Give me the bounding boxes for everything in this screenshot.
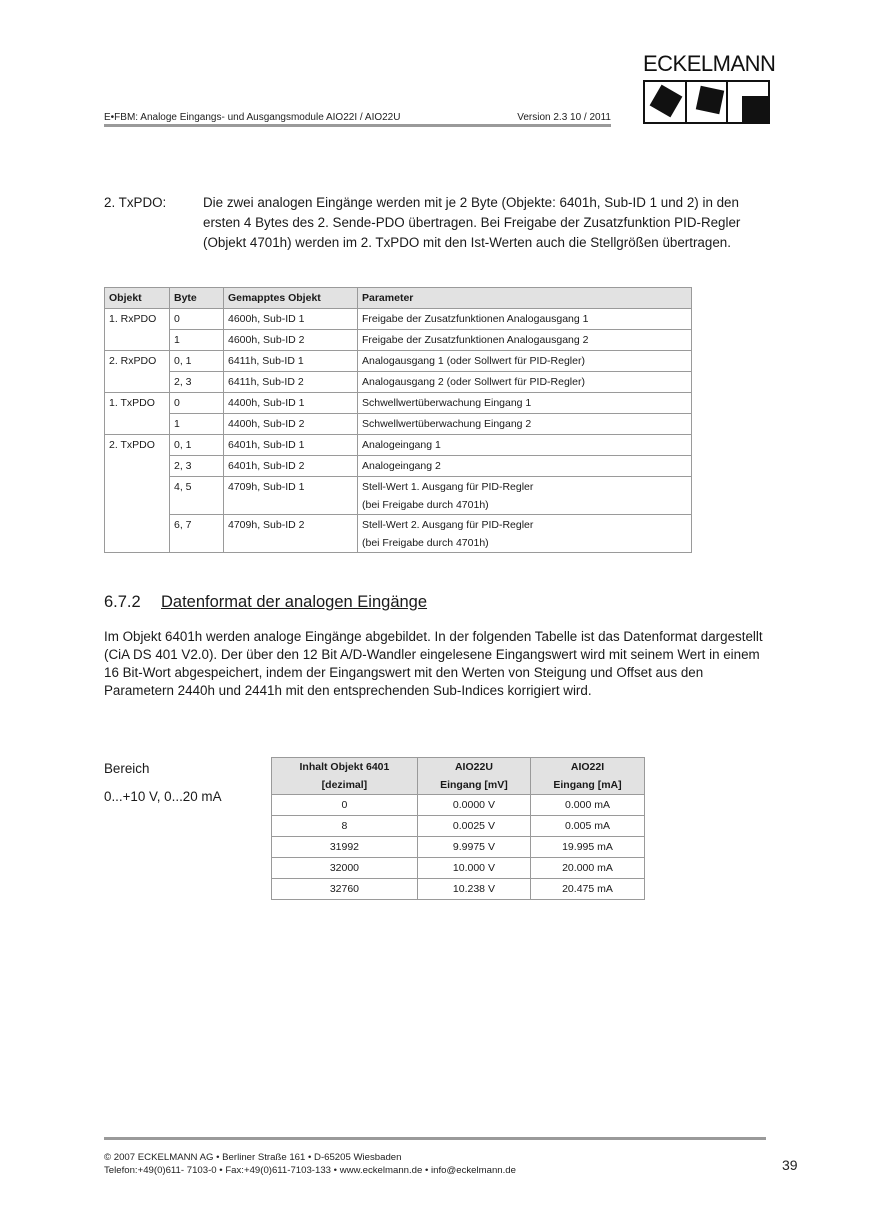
cell-mapped: 4600h, Sub-ID 2	[224, 330, 358, 351]
table-row: 1. TxPDO 0 4400h, Sub-ID 1 Schwellwertüb…	[105, 393, 692, 414]
header-title: E•FBM: Analoge Eingangs- und Ausgangsmod…	[104, 112, 400, 123]
table-row: 6, 7 4709h, Sub-ID 2 Stell-Wert 2. Ausga…	[105, 515, 692, 553]
table-row: 1 4400h, Sub-ID 2 Schwellwertüberwachung…	[105, 414, 692, 435]
cell-byte: 0, 1	[170, 351, 224, 372]
cell-objekt	[105, 477, 170, 515]
range-label: Bereich	[104, 755, 222, 783]
table-row: 2. RxPDO 0, 1 6411h, Sub-ID 1 Analogausg…	[105, 351, 692, 372]
column-header: Inhalt Objekt 6401[dezimal]	[272, 758, 418, 795]
cell-byte: 6, 7	[170, 515, 224, 553]
param-line: Stell-Wert 1. Ausgang für PID-Regler	[362, 478, 687, 496]
param-line: (bei Freigabe durch 4701h)	[362, 496, 687, 514]
column-header: Objekt	[105, 288, 170, 309]
cell-byte: 0, 1	[170, 435, 224, 456]
cell-byte: 0	[170, 309, 224, 330]
cell-objekt: 1. RxPDO	[105, 309, 170, 330]
section-paragraph: Im Objekt 6401h werden analoge Eingänge …	[104, 628, 774, 700]
footer: © 2007 ECKELMANN AG • Berliner Straße 16…	[104, 1151, 516, 1177]
cell-objekt: 1. TxPDO	[105, 393, 170, 414]
cell-objekt	[105, 330, 170, 351]
cell-param: Freigabe der Zusatzfunktionen Analogausg…	[358, 330, 692, 351]
table-row: 2, 3 6411h, Sub-ID 2 Analogausgang 2 (od…	[105, 372, 692, 393]
cell-param: Schwellwertüberwachung Eingang 2	[358, 414, 692, 435]
table-row: 319929.9975 V19.995 mA	[272, 837, 645, 858]
cell-param: Analogeingang 2	[358, 456, 692, 477]
cell-mapped: 4709h, Sub-ID 1	[224, 477, 358, 515]
table-row: 3200010.000 V20.000 mA	[272, 858, 645, 879]
header-rule	[104, 124, 611, 127]
column-header: Gemapptes Objekt	[224, 288, 358, 309]
logo-text: ECKELMANN	[643, 52, 770, 76]
data-format-table: Inhalt Objekt 6401[dezimal] AIO22UEingan…	[271, 757, 645, 900]
cell-objekt: 2. TxPDO	[105, 435, 170, 456]
page-number: 39	[782, 1157, 798, 1173]
cell-byte: 1	[170, 414, 224, 435]
table-row: 4, 5 4709h, Sub-ID 1 Stell-Wert 1. Ausga…	[105, 477, 692, 515]
section-number: 6.7.2	[104, 593, 161, 612]
section-title: Datenformat der analogen Eingänge	[161, 593, 427, 611]
cell-param: Analogausgang 2 (oder Sollwert für PID-R…	[358, 372, 692, 393]
param-line: Stell-Wert 2. Ausgang für PID-Regler	[362, 516, 687, 534]
intro-label: 2. TxPDO:	[104, 193, 166, 213]
cell-objekt	[105, 372, 170, 393]
column-header: Byte	[170, 288, 224, 309]
eckelmann-logo: ECKELMANN	[643, 52, 770, 124]
cell-mapped: 6411h, Sub-ID 2	[224, 372, 358, 393]
table-row: 2. TxPDO 0, 1 6401h, Sub-ID 1 Analogeing…	[105, 435, 692, 456]
param-line: (bei Freigabe durch 4701h)	[362, 534, 687, 552]
cell-objekt: 2. RxPDO	[105, 351, 170, 372]
cell-mapped: 4400h, Sub-ID 2	[224, 414, 358, 435]
cell-objekt	[105, 456, 170, 477]
table-row: 1. RxPDO 0 4600h, Sub-ID 1 Freigabe der …	[105, 309, 692, 330]
cell-param: Schwellwertüberwachung Eingang 1	[358, 393, 692, 414]
table-row: 2, 3 6401h, Sub-ID 2 Analogeingang 2	[105, 456, 692, 477]
cell-mapped: 6411h, Sub-ID 1	[224, 351, 358, 372]
intro-paragraph: 2. TxPDO: Die zwei analogen Eingänge wer…	[104, 193, 774, 253]
intro-text: Die zwei analogen Eingänge werden mit je…	[203, 193, 774, 253]
cell-mapped: 4400h, Sub-ID 1	[224, 393, 358, 414]
table-row: 3276010.238 V20.475 mA	[272, 879, 645, 900]
cell-mapped: 4600h, Sub-ID 1	[224, 309, 358, 330]
cell-byte: 2, 3	[170, 372, 224, 393]
table-row: 1 4600h, Sub-ID 2 Freigabe der Zusatzfun…	[105, 330, 692, 351]
table-row: 80.0025 V0.005 mA	[272, 816, 645, 837]
column-header: AIO22UEingang [mV]	[417, 758, 530, 795]
cell-param: Stell-Wert 2. Ausgang für PID-Regler (be…	[358, 515, 692, 553]
eckelmann-logo-icon	[643, 80, 770, 124]
pdo-mapping-table: Objekt Byte Gemapptes Objekt Parameter 1…	[104, 287, 692, 553]
cell-byte: 0	[170, 393, 224, 414]
footer-address: © 2007 ECKELMANN AG • Berliner Straße 16…	[104, 1151, 516, 1164]
table-header-row: Objekt Byte Gemapptes Objekt Parameter	[105, 288, 692, 309]
cell-param: Analogeingang 1	[358, 435, 692, 456]
cell-byte: 2, 3	[170, 456, 224, 477]
cell-param: Freigabe der Zusatzfunktionen Analogausg…	[358, 309, 692, 330]
cell-param: Analogausgang 1 (oder Sollwert für PID-R…	[358, 351, 692, 372]
column-header: Parameter	[358, 288, 692, 309]
cell-byte: 4, 5	[170, 477, 224, 515]
cell-byte: 1	[170, 330, 224, 351]
cell-objekt	[105, 414, 170, 435]
footer-contact: Telefon:+49(0)611- 7103-0 • Fax:+49(0)61…	[104, 1164, 516, 1177]
range-block: Bereich 0...+10 V, 0...20 mA	[104, 755, 222, 811]
section-heading: 6.7.2Datenformat der analogen Eingänge	[104, 593, 427, 612]
cell-mapped: 6401h, Sub-ID 1	[224, 435, 358, 456]
running-header: E•FBM: Analoge Eingangs- und Ausgangsmod…	[104, 112, 611, 123]
footer-rule	[104, 1137, 766, 1140]
cell-param: Stell-Wert 1. Ausgang für PID-Regler (be…	[358, 477, 692, 515]
cell-mapped: 6401h, Sub-ID 2	[224, 456, 358, 477]
header-version: Version 2.3 10 / 2011	[517, 112, 611, 123]
range-value: 0...+10 V, 0...20 mA	[104, 783, 222, 811]
table-row: 00.0000 V0.000 mA	[272, 795, 645, 816]
table-header-row: Inhalt Objekt 6401[dezimal] AIO22UEingan…	[272, 758, 645, 795]
column-header: AIO22IEingang [mA]	[531, 758, 645, 795]
cell-objekt	[105, 515, 170, 553]
cell-mapped: 4709h, Sub-ID 2	[224, 515, 358, 553]
